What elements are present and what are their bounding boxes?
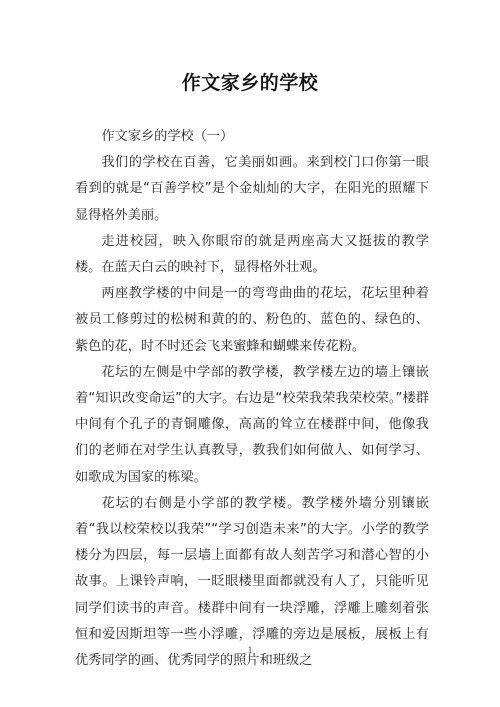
document-title: 作文家乡的学校 (0, 68, 500, 95)
paragraph: 走进校园，映入你眼帘的就是两座高大又挺拔的教学楼。在蓝天白云的映衬下，显得格外壮… (75, 229, 429, 281)
paragraph: 两座教学楼的中间是一的弯弯曲曲的花坛，花坛里种着被员工修剪过的松树和黄的的、粉色… (75, 281, 429, 360)
document-body: 作文家乡的学校（一） 我们的学校在百善，它美丽如画。来到校门口你第一眼看到的就是… (75, 124, 429, 674)
section-heading: 作文家乡的学校（一） (75, 124, 429, 150)
paragraph: 花坛的左侧是中学部的教学楼，教学楼左边的墙上镶嵌着“知识改变命运”的大字。右边是… (75, 360, 429, 491)
page-number: 1 (0, 645, 500, 655)
document-page: 作文家乡的学校 作文家乡的学校（一） 我们的学校在百善，它美丽如画。来到校门口你… (0, 0, 500, 707)
paragraph: 我们的学校在百善，它美丽如画。来到校门口你第一眼看到的就是“百善学校”是个金灿灿… (75, 150, 429, 229)
